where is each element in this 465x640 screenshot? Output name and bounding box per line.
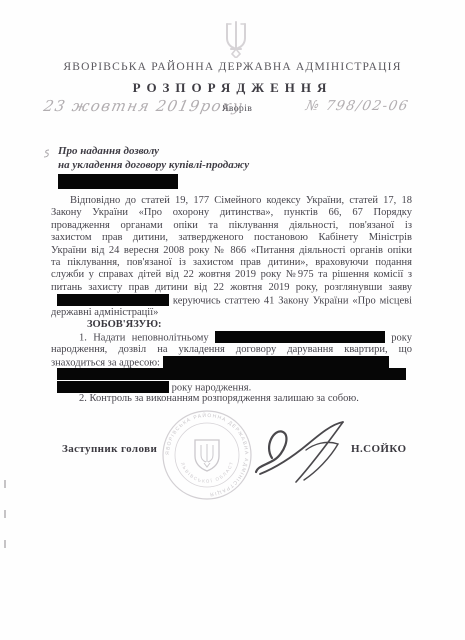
signer-position-title: Заступник голови — [62, 443, 157, 455]
scan-edge-artifacts — [2, 480, 8, 560]
subject-line-2: на укладення договору купівлі-продажу — [58, 159, 249, 173]
body-text-segment: Відповідно до статей 19, 177 Сімейного к… — [70, 195, 412, 206]
body-text-segment: служби у справах дітей від 22 жовтня 201… — [51, 269, 412, 280]
redaction-bar — [215, 331, 385, 343]
signature-scribble — [246, 410, 364, 498]
body-line: державні адміністрації» — [51, 307, 412, 319]
body-text: Відповідно до статей 19, 177 Сімейного к… — [51, 195, 412, 406]
organization-name: ЯВОРІВСЬКА РАЙОННА ДЕРЖАВНА АДМІНІСТРАЦІ… — [0, 61, 465, 73]
body-line: народження, дозвіл на укладення договору… — [51, 344, 412, 356]
body-text-segment: 2. Контроль за виконанням розпорядження … — [79, 393, 359, 404]
body-text-segment: ЗОБОВ'ЯЗУЮ: — [87, 319, 162, 330]
body-line: провадження органами опіки та піклування… — [51, 220, 412, 232]
body-text-segment: провадження органами опіки та піклування… — [51, 220, 412, 231]
body-text-segment: року народження. — [169, 382, 251, 393]
body-text-segment: 1. Надати неповнолітньому — [79, 333, 215, 344]
ukraine-trident-emblem-icon — [219, 20, 253, 58]
handwritten-date: 23 жовтня 2019року — [42, 97, 245, 115]
redaction-bar — [57, 294, 169, 306]
subject-line-1: Про надання дозволу — [58, 145, 249, 159]
body-line: року народження. — [51, 381, 412, 393]
body-line: служби у справах дітей від 22 жовтня 201… — [51, 269, 412, 281]
body-line: захистом прав дитини, затвердженого пост… — [51, 232, 412, 244]
body-line: ЗОБОВ'ЯЗУЮ: — [51, 319, 412, 331]
body-text-segment: України від 24 вересня 2008 року № 866 «… — [51, 245, 412, 256]
body-text-segment: Закону України «Про охорону дитинства», … — [51, 207, 412, 218]
handwritten-document-number: № 798/02-06 — [304, 98, 410, 114]
body-line: знаходиться за адресою: — [51, 356, 412, 368]
handwritten-check-mark — [43, 149, 51, 158]
body-line: України від 24 вересня 2008 року № 866 «… — [51, 245, 412, 257]
subject-block: Про надання дозволу на укладення договор… — [58, 145, 249, 172]
document-type-title: РОЗПОРЯДЖЕННЯ — [0, 80, 465, 96]
body-line: Закону України «Про охорону дитинства», … — [51, 207, 412, 219]
body-text-segment: державні адміністрації» — [51, 307, 158, 318]
body-line: 2. Контроль за виконанням розпорядження … — [51, 393, 412, 405]
body-line: керуючись статтею 41 Закону України «Про… — [51, 294, 412, 306]
body-text-segment: керуючись статтею 41 Закону України «Про… — [169, 296, 412, 307]
body-text-segment: питань захисту прав дитини від 22 жовтня… — [51, 282, 412, 293]
place-name: Яворів — [222, 104, 252, 114]
body-line: Відповідно до статей 19, 177 Сімейного к… — [51, 195, 412, 207]
body-text-segment: народження, дозвіл на укладення договору… — [51, 344, 412, 355]
body-line: питань захисту прав дитини від 22 жовтня… — [51, 282, 412, 294]
official-seal-stamp: ЯВОРІВСЬКА РАЙОННА ДЕРЖАВНА АДМІНІСТРАЦІ… — [157, 405, 257, 505]
body-text-segment: року — [385, 333, 412, 344]
body-line: 1. Надати неповнолітньому року — [51, 331, 412, 343]
redaction-bar — [163, 356, 389, 368]
body-text-segment: та піклування, пов'язаної із захистом пр… — [51, 257, 412, 268]
redaction-bar — [58, 174, 178, 189]
body-text-segment: знаходиться за адресою: — [51, 358, 163, 369]
redaction-bar — [57, 381, 169, 393]
redaction-bar — [57, 368, 406, 380]
body-line — [51, 368, 412, 380]
body-line: та піклування, пов'язаної із захистом пр… — [51, 257, 412, 269]
seal-trident-shield — [195, 440, 219, 471]
scanned-document-page: ЯВОРІВСЬКА РАЙОННА ДЕРЖАВНА АДМІНІСТРАЦІ… — [0, 0, 465, 640]
body-text-segment: захистом прав дитини, затвердженого пост… — [51, 232, 412, 243]
